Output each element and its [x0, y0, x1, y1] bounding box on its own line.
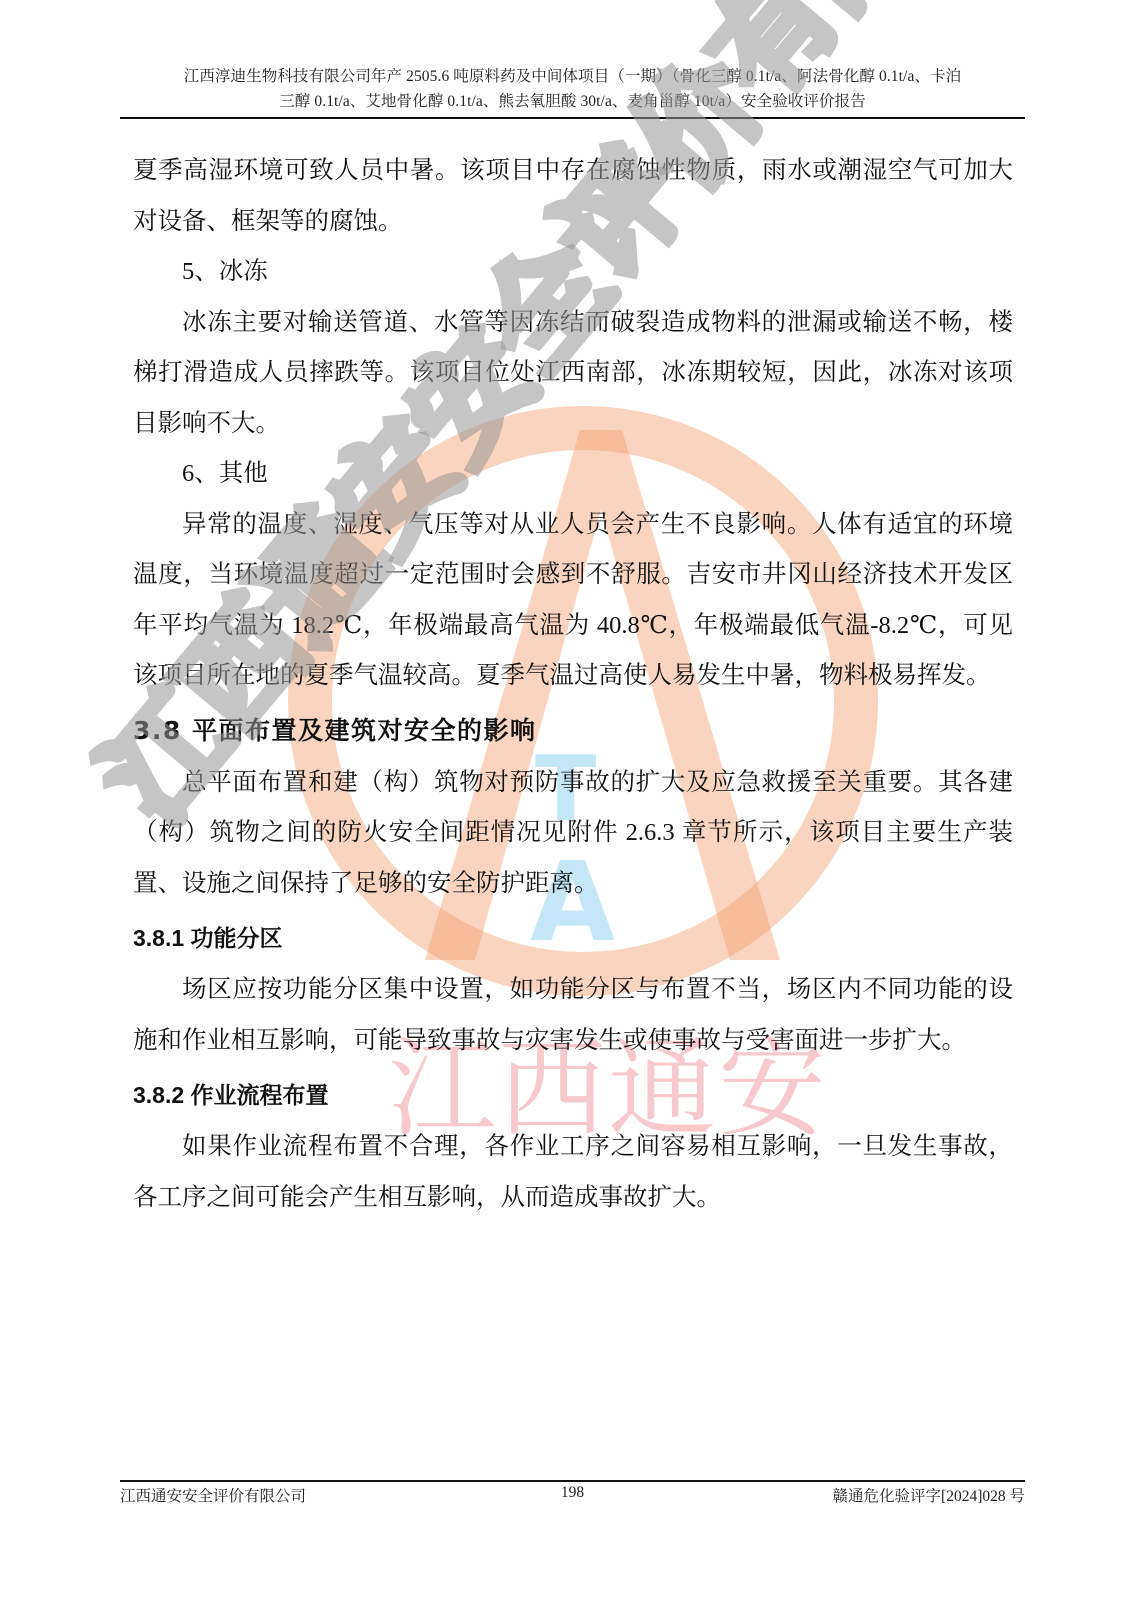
section-3-8-1-text: 场区应按功能分区集中设置，如功能分区与布置不当，场区内不同功能的设施和作业相互影…	[133, 965, 1013, 1066]
page-footer: 江西通安安全评价有限公司 198 赣通危化验评字[2024]028 号	[120, 1484, 1025, 1506]
section-3-8-2-heading: 3.8.2 作业流程布置	[133, 1068, 1013, 1122]
section-3-8-2-text: 如果作业流程布置不合理，各作业工序之间容易相互影响，一旦发生事故，各工序之间可能…	[133, 1122, 1013, 1223]
header-divider	[120, 117, 1025, 119]
footer-divider	[120, 1480, 1025, 1482]
page-header: 江西淳迪生物科技有限公司年产 2505.6 吨原料药及中间体项目（一期）（骨化三…	[120, 64, 1025, 114]
section-3-8-heading: 3.8 平面布置及建筑对安全的影响	[133, 704, 1013, 758]
document-body: 夏季高湿环境可致人员中暑。该项目中存在腐蚀性物质，雨水或潮湿空气可加大对设备、框…	[133, 146, 1013, 1223]
item-5-text: 冰冻主要对输送管道、水管等因冻结而破裂造成物料的泄漏或输送不畅，楼梯打滑造成人员…	[133, 298, 1013, 450]
page-number: 198	[120, 1484, 1025, 1502]
document-page: 江西淳迪生物科技有限公司年产 2505.6 吨原料药及中间体项目（一期）（骨化三…	[0, 0, 1131, 1600]
paragraph-continued: 夏季高湿环境可致人员中暑。该项目中存在腐蚀性物质，雨水或潮湿空气可加大对设备、框…	[133, 146, 1013, 247]
item-6-title: 6、其他	[133, 449, 1013, 500]
item-6-text: 异常的温度、湿度、气压等对从业人员会产生不良影响。人体有适宜的环境温度，当环境温…	[133, 500, 1013, 702]
section-3-8-1-heading: 3.8.1 功能分区	[133, 911, 1013, 965]
header-title-line-2: 三醇 0.1t/a、艾地骨化醇 0.1t/a、熊去氧胆酸 30t/a、麦角甾醇 …	[120, 89, 1025, 114]
section-3-8-text: 总平面布置和建（构）筑物对预防事故的扩大及应急救援至关重要。其各建（构）筑物之间…	[133, 758, 1013, 910]
item-5-title: 5、冰冻	[133, 247, 1013, 298]
header-title-line-1: 江西淳迪生物科技有限公司年产 2505.6 吨原料药及中间体项目（一期）（骨化三…	[120, 64, 1025, 89]
